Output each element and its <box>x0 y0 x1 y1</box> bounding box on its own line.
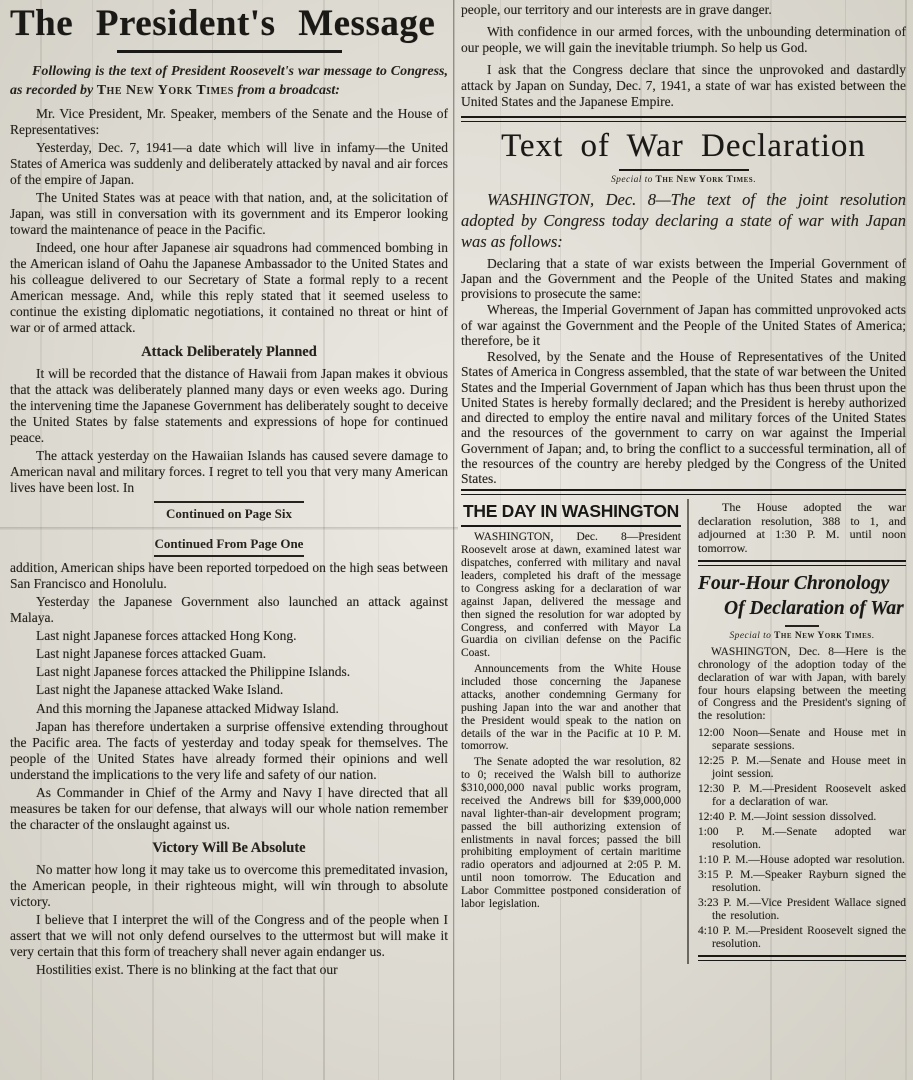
clipping-seam <box>0 527 458 530</box>
chronology-intro: WASHINGTON, Dec. 8—Here is the chronolog… <box>698 646 906 723</box>
paragraph: Hostilities exist. There is no blinking … <box>10 962 448 978</box>
message-continuation: people, our territory and our interests … <box>461 2 906 110</box>
chronology-list: 12:00 Noon—Senate and House met in separ… <box>698 727 906 951</box>
section-rule <box>698 560 906 566</box>
chronology-item: 1:10 P. M.—House adopted war resolution. <box>698 854 906 867</box>
paragraph: The attack yesterday on the Hawaiian Isl… <box>10 448 448 496</box>
chronology-item: 12:00 Noon—Senate and House met in separ… <box>698 727 906 753</box>
publication-name: The New York Times <box>656 175 754 185</box>
continued-from-note: Continued From Page One <box>10 535 448 557</box>
chronology-item: 12:25 P. M.—Senate and House meet in joi… <box>698 755 906 781</box>
dateline: WASHINGTON, Dec. 8—The text of the joint… <box>461 190 906 252</box>
paragraph: addition, American ships have been repor… <box>10 560 448 592</box>
paragraph: Resolved, by the Senate and the House of… <box>461 349 906 486</box>
paragraph: Last night the Japanese attacked Wake Is… <box>10 682 448 698</box>
headline-rule <box>117 50 342 53</box>
chronology-item: 1:00 P. M.—Senate adopted war resolution… <box>698 826 906 852</box>
section-rule <box>461 116 906 122</box>
publication-name: The New York Times <box>97 83 234 98</box>
newspaper-page: The President's Message Following is the… <box>0 0 913 1080</box>
continued-from-label: Continued From Page One <box>155 536 304 552</box>
paragraph: Japan has therefore undertaken a surpris… <box>10 719 448 783</box>
day-in-washington-headline: THE DAY IN WASHINGTON <box>461 499 681 527</box>
house-note: The House adopted the war declaration re… <box>698 501 906 555</box>
presidents-message-article: The President's Message Following is the… <box>10 2 448 980</box>
paragraph: Yesterday, Dec. 7, 1941—a date which wil… <box>10 140 448 188</box>
paragraph: Mr. Vice President, Mr. Speaker, members… <box>10 106 448 138</box>
paragraph: Last night Japanese forces attacked the … <box>10 664 448 680</box>
paragraph: Indeed, one hour after Japanese air squa… <box>10 240 448 336</box>
paragraph: Last night Japanese forces attacked Hong… <box>10 628 448 644</box>
headline-rule <box>619 169 749 171</box>
rule <box>785 625 819 627</box>
subhead-attack-planned: Attack Deliberately Planned <box>10 344 448 361</box>
paragraph: Declaring that a state of war exists bet… <box>461 256 906 302</box>
credit-text: . <box>872 631 875 641</box>
section-rule <box>461 489 906 495</box>
bottom-subcolumns: THE DAY IN WASHINGTON WASHINGTON, Dec. 8… <box>461 499 906 964</box>
paragraph: It will be recorded that the distance of… <box>10 366 448 446</box>
paragraph: I ask that the Congress declare that sin… <box>461 62 906 110</box>
paragraph: And this morning the Japanese attacked M… <box>10 701 448 717</box>
chronology-item: 12:30 P. M.—President Roosevelt asked fo… <box>698 783 906 809</box>
credit-text: Special to <box>730 631 775 641</box>
presidents-message-headline: The President's Message <box>10 2 448 45</box>
subhead-victory-absolute: Victory Will Be Absolute <box>10 840 448 857</box>
section-rule <box>698 955 906 961</box>
war-declaration-body: Declaring that a state of war exists bet… <box>461 256 906 487</box>
day-in-washington-article: THE DAY IN WASHINGTON WASHINGTON, Dec. 8… <box>461 499 687 913</box>
rule <box>154 555 304 557</box>
continued-on-label: Continued on Page Six <box>166 506 292 522</box>
chronology-headline-line1: Four-Hour Chronology <box>698 573 889 594</box>
chronology-headline-line2: Of Declaration of War <box>698 597 906 621</box>
war-declaration-article: Text of War Declaration Special to The N… <box>461 128 906 486</box>
paragraph: Last night Japanese forces attacked Guam… <box>10 646 448 662</box>
paragraph: Yesterday the Japanese Government also l… <box>10 594 448 626</box>
chronology-item: 12:40 P. M.—Joint session dissolved. <box>698 811 906 824</box>
publication-name: The New York Times <box>774 631 872 641</box>
chronology-article: Four-Hour ChronologyOf Declaration of Wa… <box>698 572 906 961</box>
paragraph: Whereas, the Imperial Government of Japa… <box>461 302 906 348</box>
paragraph: The United States was at peace with that… <box>10 190 448 238</box>
special-credit: Special to The New York Times. <box>698 631 906 641</box>
paragraph: Announcements from the White House inclu… <box>461 663 681 753</box>
paragraph: With confidence in our armed forces, wit… <box>461 24 906 56</box>
paragraph: I believe that I interpret the will of t… <box>10 912 448 960</box>
credit-text: Special to <box>611 175 656 185</box>
credit-text: . <box>753 175 756 185</box>
paragraph: As Commander in Chief of the Army and Na… <box>10 785 448 833</box>
continued-on-note: Continued on Page Six <box>10 501 448 523</box>
right-column: people, our territory and our interests … <box>461 2 906 964</box>
editor-note: Following is the text of President Roose… <box>10 62 448 101</box>
right-subcolumn: The House adopted the war declaration re… <box>687 499 906 964</box>
paragraph: No matter how long it may take us to ove… <box>10 862 448 910</box>
rule <box>154 501 304 503</box>
paragraph: WASHINGTON, Dec. 8—President Roosevelt a… <box>461 531 681 660</box>
paragraph: people, our territory and our interests … <box>461 2 906 18</box>
chronology-headline: Four-Hour ChronologyOf Declaration of Wa… <box>698 572 906 621</box>
chronology-item: 3:15 P. M.—Speaker Rayburn signed the re… <box>698 869 906 895</box>
chronology-item: 3:23 P. M.—Vice President Wallace signed… <box>698 897 906 923</box>
editor-note-text: from a broadcast: <box>234 83 340 98</box>
chronology-item: 4:10 P. M.—President Roosevelt signed th… <box>698 925 906 951</box>
special-credit: Special to The New York Times. <box>461 175 906 185</box>
paragraph: The Senate adopted the war resolution, 8… <box>461 756 681 911</box>
war-declaration-headline: Text of War Declaration <box>461 128 906 165</box>
